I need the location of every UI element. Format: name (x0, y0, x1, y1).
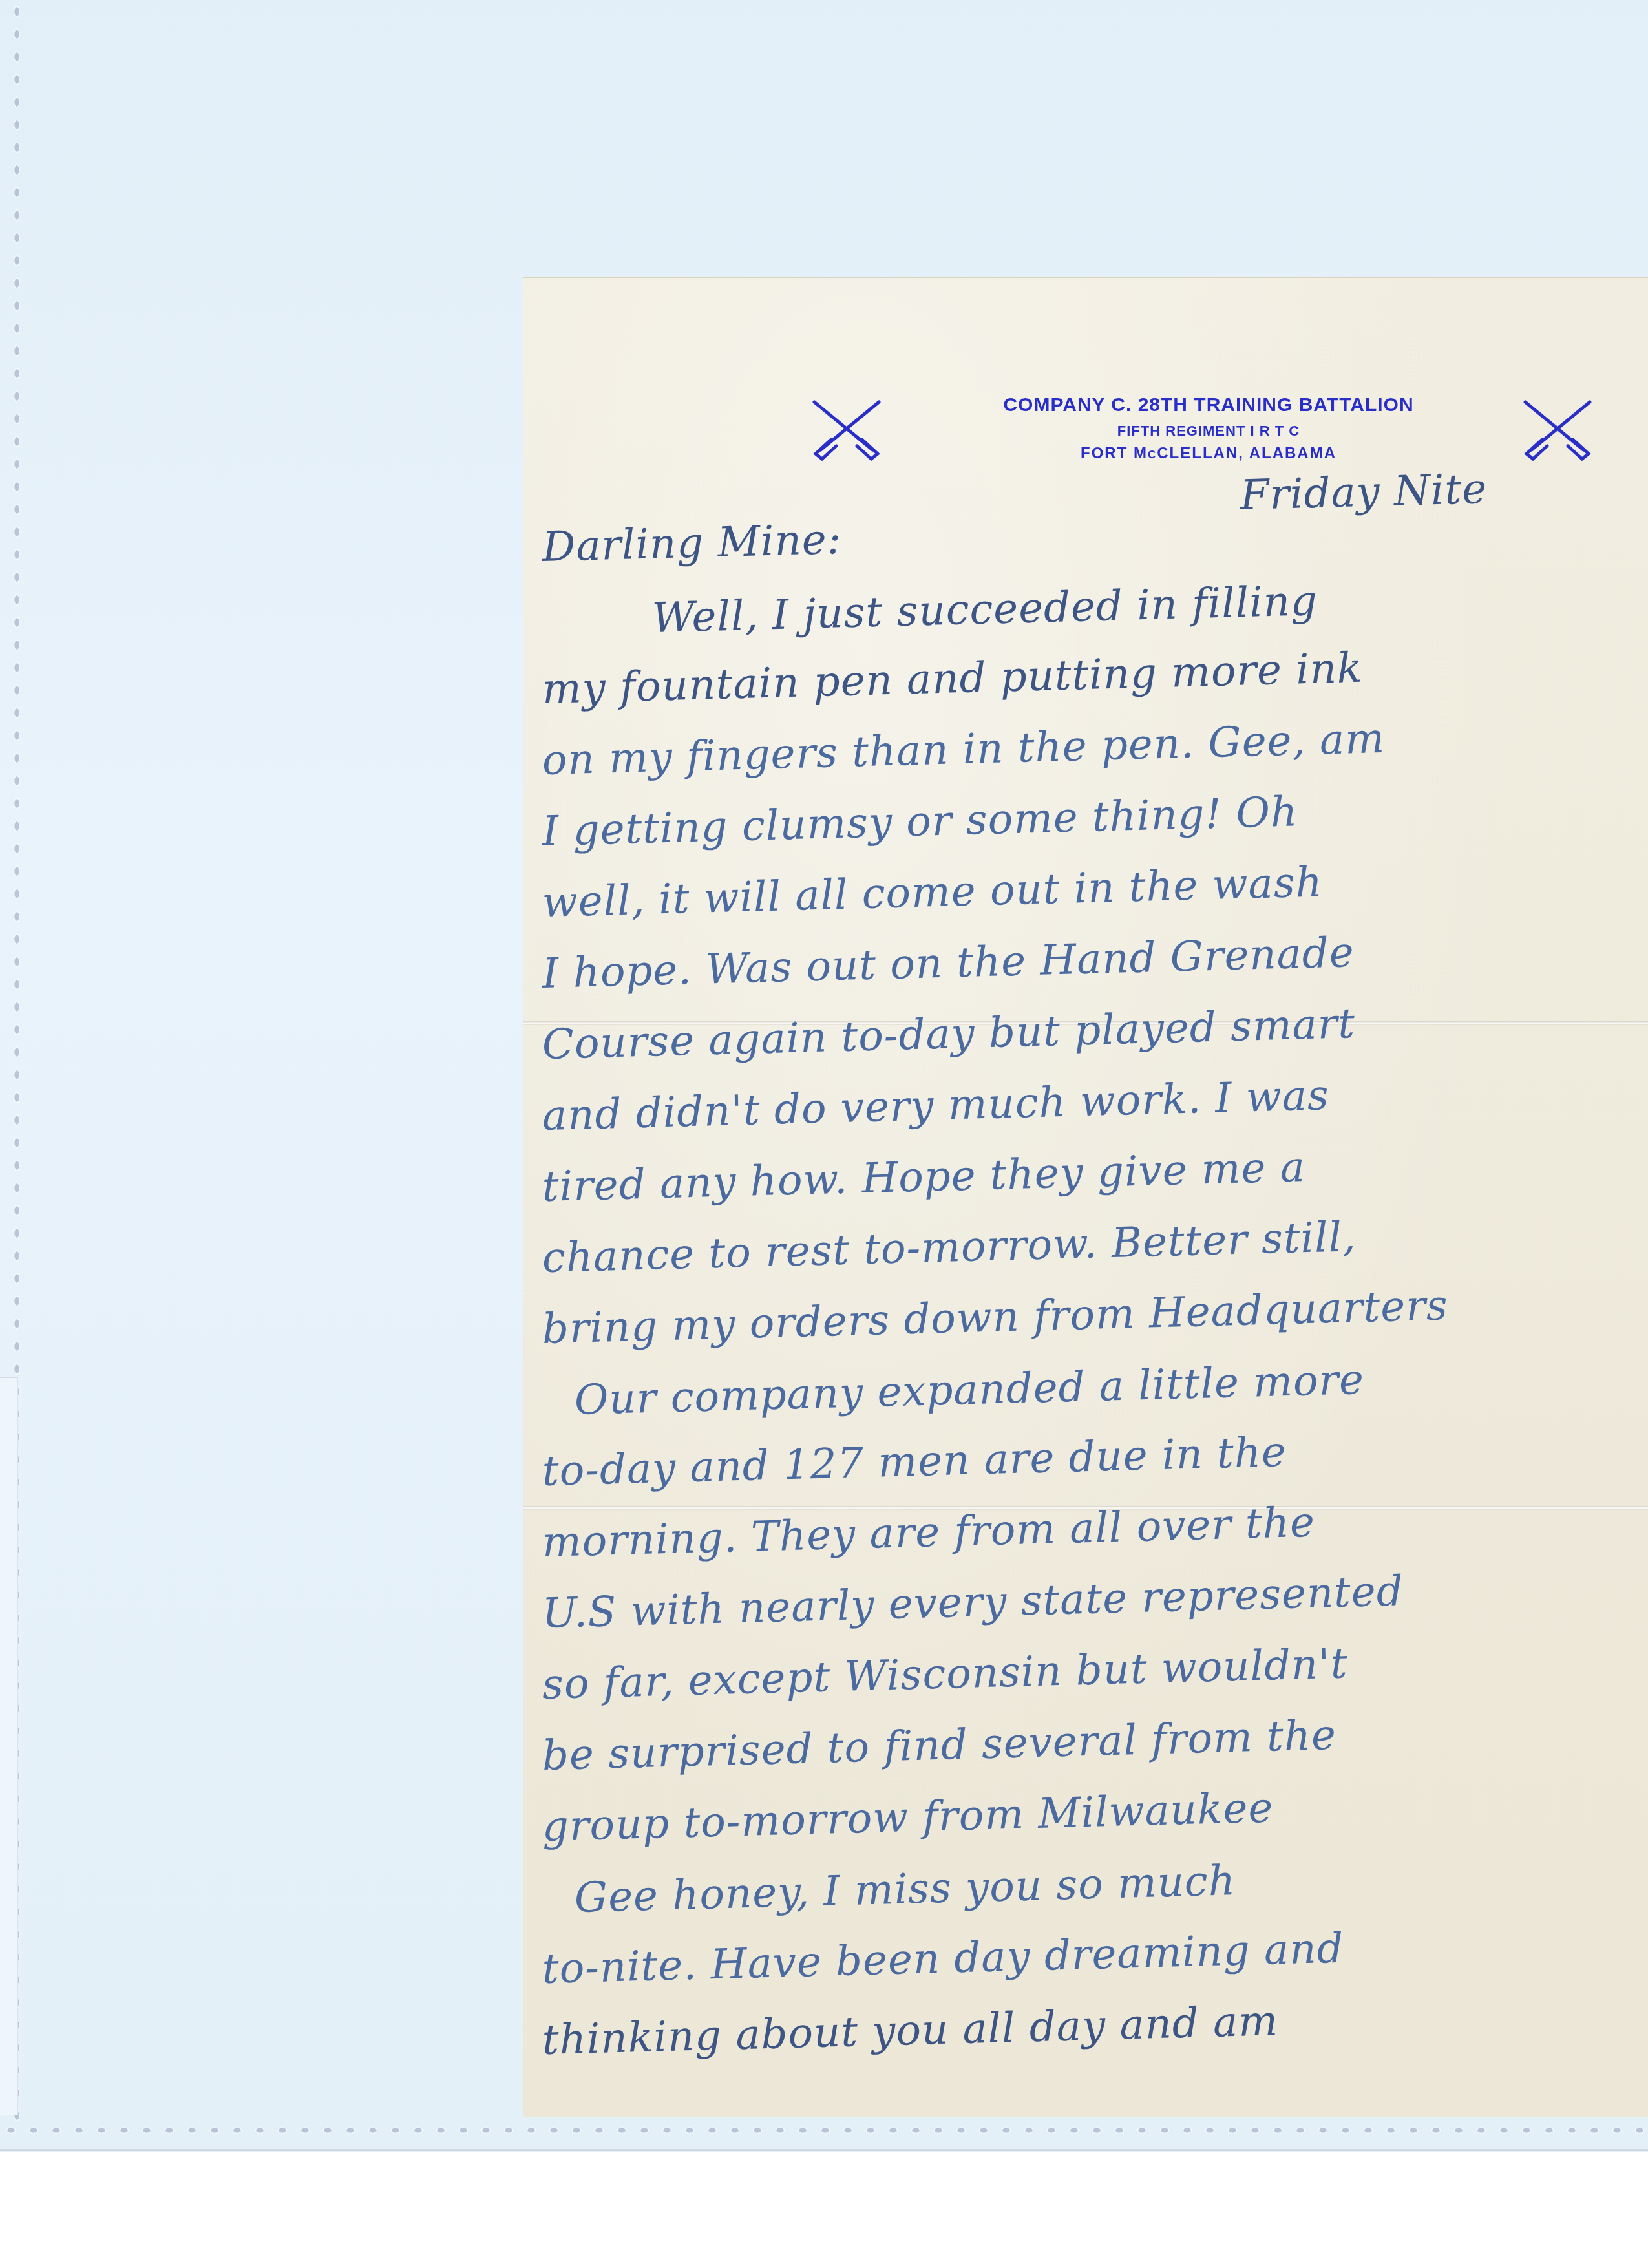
letter-line: on my fingers than in the pen. Gee, am (542, 715, 1386, 785)
crossed-rifles-icon (808, 397, 885, 461)
letter-line: Our company expanded a little more (574, 1356, 1365, 1425)
letter-page: COMPANY C. 28TH TRAINING BATTALION FIFTH… (523, 278, 1648, 2117)
letterhead-company: COMPANY C. 28TH TRAINING BATTALION (918, 394, 1499, 416)
letter-line: Course again to-day but played smart (542, 1000, 1356, 1069)
letterhead-regiment: FIFTH REGIMENT I R T C (918, 423, 1499, 440)
letter-line: and didn't do very much work. I was (542, 1072, 1330, 1140)
letterhead-location: FORT McCLELLAN, ALABAMA (918, 445, 1499, 463)
letter-line: bring my orders down from Headquarters (542, 1282, 1448, 1353)
letter-line: so far, except Wisconsin but wouldn't (542, 1640, 1348, 1709)
letter-line: group to-morrow from Milwaukee (542, 1784, 1274, 1851)
letter-line: be surprised to find several from the (542, 1712, 1337, 1780)
letter-line: I getting clumsy or some thing! Oh (542, 788, 1298, 856)
letter-line: tired any how. Hope they give me a (542, 1143, 1306, 1211)
sleeve-perforations-bottom (0, 2123, 1648, 2137)
letter-line: I hope. Was out on the Hand Grenade (542, 929, 1355, 998)
letter-line: to-day and 127 men are due in the (542, 1428, 1287, 1496)
sleeve-tab-edge (0, 1377, 18, 2115)
letter-line: Well, I just succeeded in filling (651, 577, 1318, 642)
sleeve-bottom-edge (0, 2149, 1648, 2151)
letter-line: well, it will all come out in the wash (542, 858, 1324, 927)
letterhead: COMPANY C. 28TH TRAINING BATTALION FIFTH… (808, 394, 1609, 478)
letter-salutation: Darling Mine: (542, 516, 842, 571)
letter-line: thinking about you all day and am (542, 1997, 1279, 2064)
letter-line: chance to rest to-morrow. Better still, (542, 1213, 1357, 1282)
letter-line: to-nite. Have been day dreaming and (542, 1925, 1344, 1993)
letter-dateline: Friday Nite (1240, 465, 1488, 520)
crossed-rifles-icon (1519, 397, 1596, 461)
letter-line: U.S with nearly every state represented (542, 1567, 1404, 1638)
letter-line: my fountain pen and putting more ink (542, 644, 1363, 714)
letter-line: Gee honey, I miss you so much (574, 1857, 1236, 1922)
